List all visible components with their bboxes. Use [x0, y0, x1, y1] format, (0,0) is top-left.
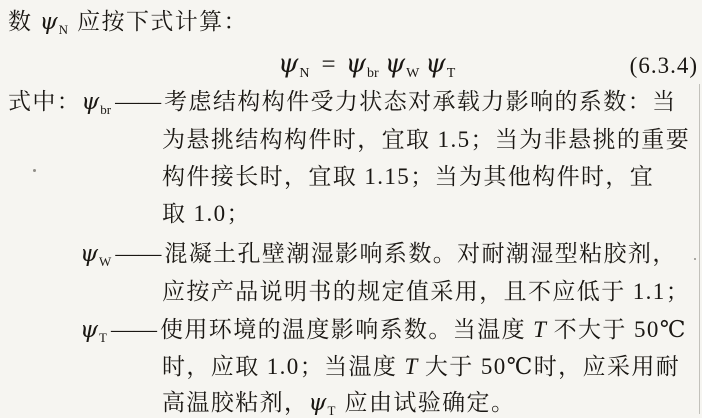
definition-dash: ——: [115, 89, 161, 114]
scan-speck: [694, 258, 696, 260]
psi-br-text-1: 考虑结构构件受力状态对承载力影响的系数：当: [164, 89, 676, 114]
scan-speck: [33, 169, 36, 172]
psi-t-subscript: T: [99, 330, 107, 345]
psi-t-symbol: ψ: [308, 390, 326, 416]
temperature-variable: T: [404, 354, 417, 379]
psi-t-text-3a: 高温胶粘剂，: [162, 390, 308, 415]
definition-psi-br-line-2: 为悬挑结构构件时，宜取 1.5；当为非悬挑的重要: [162, 125, 690, 155]
psi-w-subscript: W: [406, 66, 419, 81]
psi-w-symbol: ψ: [80, 241, 98, 267]
psi-br-symbol: ψ: [346, 49, 366, 79]
psi-t-text-1a: 使用环境的温度影响系数。当温度: [160, 317, 533, 342]
psi-n-symbol: ψ: [278, 49, 298, 79]
definition-dash: ——: [111, 317, 157, 342]
definition-psi-w-line-1: ψW——混凝土孔壁潮湿影响系数。对耐潮湿型粘胶剂，: [80, 239, 677, 269]
definition-psi-br-line-1: 式中：ψbr——考虑结构构件受力状态对承载力影响的系数：当: [8, 87, 677, 117]
psi-w-text-2: 应按产品说明书的规定值采用，且不应低于 1.1；: [162, 279, 690, 304]
definition-psi-w-line-2: 应按产品说明书的规定值采用，且不应低于 1.1；: [162, 277, 690, 307]
definition-psi-br-line-4: 取 1.0；: [162, 199, 251, 229]
psi-br-subscript: br: [100, 102, 111, 117]
psi-t-text-3b: 应由试验确定。: [337, 390, 515, 415]
where-label: 式中：: [8, 89, 81, 114]
intro-suffix: 应按下式计算：: [70, 9, 248, 34]
equation-number: (6.3.4): [630, 51, 698, 81]
equals-sign: =: [322, 51, 336, 78]
psi-t-symbol: ψ: [425, 49, 445, 79]
psi-t-text-1b: 不大于 50℃: [546, 317, 686, 342]
psi-t-text-2b: 大于 50℃时，应采用耐: [418, 354, 680, 379]
equation-term-w: ψW: [385, 51, 422, 78]
equation: ψN=ψbrψWψT: [278, 49, 461, 80]
psi-br-subscript: br: [367, 66, 379, 81]
psi-n-subscript: N: [59, 22, 68, 37]
psi-w-subscript: W: [99, 254, 111, 269]
definition-dash: ——: [115, 241, 161, 266]
psi-t-subscript: T: [327, 403, 335, 418]
intro-line: 数 ψN 应按下式计算：: [8, 7, 248, 37]
definition-psi-t-line-3: 高温胶粘剂，ψT 应由试验确定。: [162, 388, 515, 418]
psi-w-symbol: ψ: [385, 49, 405, 79]
equation-term-t: ψT: [425, 51, 457, 78]
psi-t-subscript: T: [447, 66, 456, 81]
psi-t-text-2a: 时，应取 1.0；当温度: [162, 354, 404, 379]
psi-br-text-2: 为悬挑结构构件时，宜取 1.5；当为非悬挑的重要: [162, 127, 690, 152]
definition-psi-t-line-2: 时，应取 1.0；当温度 T 大于 50℃时，应采用耐: [162, 352, 680, 382]
psi-br-text-4: 取 1.0；: [162, 201, 251, 226]
definition-psi-t-line-1: ψT——使用环境的温度影响系数。当温度 T 不大于 50℃: [80, 315, 687, 345]
psi-br-symbol: ψ: [81, 89, 99, 115]
psi-w-text-1: 混凝土孔壁潮湿影响系数。对耐潮湿型粘胶剂，: [164, 241, 676, 266]
psi-n-subscript: N: [299, 66, 309, 81]
intro-prefix: 数: [8, 9, 40, 34]
psi-n-symbol: ψ: [40, 9, 58, 35]
definition-psi-br-line-3: 构件接长时，宜取 1.15；当为其他构件时，宜: [162, 162, 654, 192]
equation-term-br: ψbr: [346, 51, 381, 78]
psi-t-symbol: ψ: [80, 317, 98, 343]
psi-br-text-3: 构件接长时，宜取 1.15；当为其他构件时，宜: [162, 164, 654, 189]
document-page: 数 ψN 应按下式计算： ψN=ψbrψWψT (6.3.4) 式中：ψbr——…: [0, 0, 702, 418]
temperature-variable: T: [533, 317, 546, 342]
scan-edge-line: [699, 84, 700, 414]
